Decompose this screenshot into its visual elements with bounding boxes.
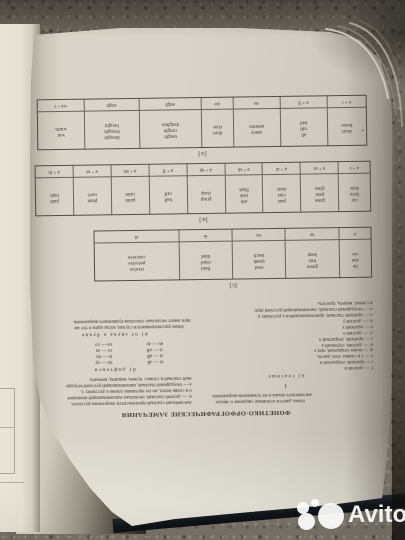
word-line: keep <box>308 250 318 256</box>
word-line: clasp <box>201 189 211 195</box>
word-line: call <box>300 124 307 130</box>
word-cell: carfarmdark <box>339 174 370 211</box>
table-column: taughtcaughtdaughteraugh <box>139 98 202 148</box>
word-line: short <box>342 127 352 133</box>
spelling-cell: au <box>233 97 279 110</box>
table-column: halfcalfa + lf <box>149 165 188 215</box>
spelling-cell: a + sk <box>225 163 262 176</box>
word-cell: receiveperceiveconceive <box>95 243 179 281</box>
spelling-cell: augh <box>139 98 200 111</box>
page-edge-shadow <box>392 110 405 540</box>
word-line: horse <box>341 121 352 127</box>
word-line: task <box>240 191 248 197</box>
spelling-cell: a + st <box>263 163 300 176</box>
diphthong-grid: ei — эйou — оуai — айiə — иэɔi — ойɛə — … <box>65 339 163 365</box>
table-column: fieldchiefthiefie <box>179 230 233 280</box>
word-line: calm <box>125 190 135 196</box>
word-cell: palmcalm <box>112 177 149 215</box>
word-line: bath <box>50 191 59 197</box>
word-line: caught <box>164 126 177 132</box>
word-cell: taughtcaughtdaughter <box>139 110 201 148</box>
word-line: speak <box>253 257 264 263</box>
word-line: calf <box>164 189 172 195</box>
word-cell: plantcan't <box>74 178 111 216</box>
diphthongs-header: б) дифтонги <box>37 366 191 374</box>
word-cell: thoughtbroughtbought <box>85 111 139 149</box>
word-line: ball <box>300 118 308 124</box>
word-line: thought <box>104 133 119 139</box>
spelling-cell: wa + r <box>38 100 84 113</box>
table-column: palmcalma + lm <box>111 165 150 215</box>
spelling-cell: aw <box>202 98 233 110</box>
word-cell: pastcastmast <box>263 175 300 213</box>
word-line: war <box>57 131 65 137</box>
table-block: [i:]besheweegreentreekeepeereadspeakteac… <box>93 227 372 290</box>
word-line: bought <box>105 121 119 127</box>
word-cell: greentreekeep <box>286 240 339 278</box>
word-line: ask <box>241 197 248 203</box>
avito-watermark: Avito <box>292 496 405 536</box>
diphthong-pair: uə — уэ <box>65 340 112 347</box>
word-line: daughter <box>162 120 180 126</box>
word-cell: readspeakteach <box>233 241 286 279</box>
phonetic-table: *shorthorseo + rallcallballa + llsauceau… <box>37 95 368 151</box>
diphthong-pair: au — ау <box>116 339 163 346</box>
word-line: half <box>164 195 172 201</box>
word-line: perceive <box>128 259 145 265</box>
table-block: [a:]carfarmdarka + rgrasspassglassa + ss… <box>35 161 372 225</box>
diphthong-pair: ou — оу <box>65 359 112 366</box>
word-line: grasp <box>201 195 212 201</box>
word-line: we <box>352 250 358 256</box>
footnote-mark: * <box>362 125 365 130</box>
word-line: pass <box>315 190 324 196</box>
page-content-rotated: ФОНЕТИКО-ОРФОГРАФИЧЕСКИЕ ЗАМЕЧАНИЯ Ниже … <box>27 26 382 509</box>
word-line: glass <box>315 184 325 190</box>
word-line: plant <box>87 196 97 202</box>
table-column: plantcan'ta + nt <box>73 166 112 216</box>
word-line: chief <box>201 258 211 264</box>
two-column-section: Ниже даются основные сведения о звукахан… <box>36 299 373 406</box>
phonetic-table: besheweegreentreekeepeereadspeakteacheaf… <box>93 227 372 282</box>
sound-to-letter-paragraph: Ниже рассматриваются случаи, когда один … <box>41 316 191 330</box>
diphthong-pair: iə — иэ <box>65 352 112 359</box>
word-line: claw <box>213 123 223 129</box>
word-line: tree <box>309 256 317 262</box>
left-column: Ниже даются основные сведения о звукахан… <box>196 299 373 404</box>
word-cell: sauceautumn <box>233 109 280 147</box>
diphthong-pair: ei — эй <box>116 358 163 365</box>
table-column: greentreekeepee <box>286 228 340 278</box>
spelling-cell: ea <box>232 229 284 242</box>
word-cell: beshewe <box>339 240 371 277</box>
word-line: receive <box>130 265 145 271</box>
spelling-cell: a + r <box>339 162 370 174</box>
diphthong-pair: ɛə — эа <box>65 346 112 353</box>
word-line: grass <box>315 196 325 202</box>
word-line: car <box>352 196 358 202</box>
word-cell: drawclaw <box>202 110 233 147</box>
vowel-list: i: — долгий иi — краткий, открытый иe — … <box>196 299 373 372</box>
word-line: mast <box>277 185 287 191</box>
table-column: drawclawaw <box>202 98 234 147</box>
section-number: I <box>198 381 374 389</box>
table-column: graspclaspa + sp <box>187 164 226 214</box>
word-line: brought <box>104 127 120 133</box>
diphthong-pair: ɔi — ой <box>116 345 163 352</box>
word-line: path <box>50 197 59 203</box>
table-column: asktaskflaska + sk <box>225 163 264 213</box>
phonetic-table: carfarmdarka + rgrasspassglassa + sspast… <box>35 161 372 217</box>
word-line: autumn <box>249 122 264 128</box>
spelling-cell: a + sp <box>187 164 224 177</box>
intro-paragraph: Ниже даются основные сведения о звукахан… <box>202 391 312 404</box>
spelling-cell: o + r <box>327 96 365 109</box>
table-column: receiveperceiveconceiveei <box>94 231 179 281</box>
word-line: warm <box>55 125 66 131</box>
table-column: grasspassglassa + ss <box>301 162 340 212</box>
table-column: allcallballa + ll <box>280 97 328 147</box>
table-column: warwarmwa + r <box>38 100 86 150</box>
diphthong-pair: ai — ай <box>116 352 163 359</box>
word-line: past <box>278 197 286 203</box>
word-line: palm <box>125 196 135 202</box>
word-line: conceive <box>128 253 146 259</box>
word-line: draw <box>212 129 222 135</box>
word-cell: allcallball <box>280 109 327 147</box>
word-line: flask <box>239 185 249 191</box>
word-line: all <box>301 130 306 136</box>
word-line: field <box>201 264 210 270</box>
vowels-header: а) гласные <box>197 372 373 380</box>
table-column: readspeakteachea <box>232 229 286 279</box>
table-column: beshewee <box>339 228 371 277</box>
spelling-cell: a + lf <box>149 165 186 178</box>
photo-scene: ФОНЕТИКО-ОРФОГРАФИЧЕСКИЕ ЗАМЕЧАНИЯ Ниже … <box>0 0 405 540</box>
word-line: cast <box>278 191 286 197</box>
spelling-cell: a + ll <box>280 97 326 110</box>
table-column: carfarmdarka + r <box>339 162 370 211</box>
spelling-cell: a + ss <box>301 162 338 175</box>
table-block: [ɔ:]*shorthorseo + rallcallballa + llsau… <box>37 95 368 159</box>
spelling-cell: e <box>339 228 371 240</box>
word-cell: halfcalf <box>149 177 186 215</box>
spelling-cell: ough <box>85 99 139 112</box>
avito-watermark-text: Avito <box>348 501 405 528</box>
page-title: ФОНЕТИКО-ОРФОГРАФИЧЕСКИЕ ЗАМЕЧАНИЯ <box>38 407 374 421</box>
word-cell: grasspassglass <box>301 174 338 212</box>
right-column: Английский гласный произносится энергичн… <box>36 301 197 406</box>
word-line: green <box>307 262 318 268</box>
word-line: sauce <box>251 128 262 134</box>
spelling-cell: a + lm <box>111 165 148 178</box>
spelling-cell: ie <box>179 230 231 243</box>
table-column: *shorthorseo + r <box>327 96 366 146</box>
tables-area: [i:]besheweegreentreekeepeereadspeakteac… <box>34 95 373 291</box>
sound-to-letter-header: в) от звука к букве <box>37 330 191 338</box>
word-line: farm <box>350 190 360 196</box>
spelling-cell: a + nt <box>73 166 110 179</box>
spelling-cell: a + th <box>36 166 73 179</box>
table-caption: [i:] <box>94 280 372 290</box>
table-column: sauceautumnau <box>233 97 281 147</box>
spelling-cell: ee <box>286 228 338 241</box>
word-cell: *shorthorse <box>327 108 366 146</box>
word-cell: pathbath <box>36 178 73 216</box>
word-cell: fieldchiefthief <box>179 242 232 280</box>
table-column: thoughtbroughtboughtough <box>85 99 140 149</box>
word-line: taught <box>164 132 177 138</box>
word-line: she <box>352 256 359 262</box>
right-column-lines: Английский гласный произносится энергичн… <box>38 375 192 407</box>
table-column: pastcastmasta + st <box>263 163 302 213</box>
word-line: dark <box>350 184 359 190</box>
word-line: thief <box>201 252 210 258</box>
word-line: teach <box>254 251 265 257</box>
word-line: be <box>353 262 358 268</box>
word-cell: asktaskflask <box>225 175 262 213</box>
word-line: read <box>255 263 264 269</box>
word-line: can't <box>88 190 97 196</box>
table-column: pathbatha + th <box>36 166 75 216</box>
word-cell: warwarm <box>38 112 85 150</box>
word-cell: graspclasp <box>187 176 224 214</box>
